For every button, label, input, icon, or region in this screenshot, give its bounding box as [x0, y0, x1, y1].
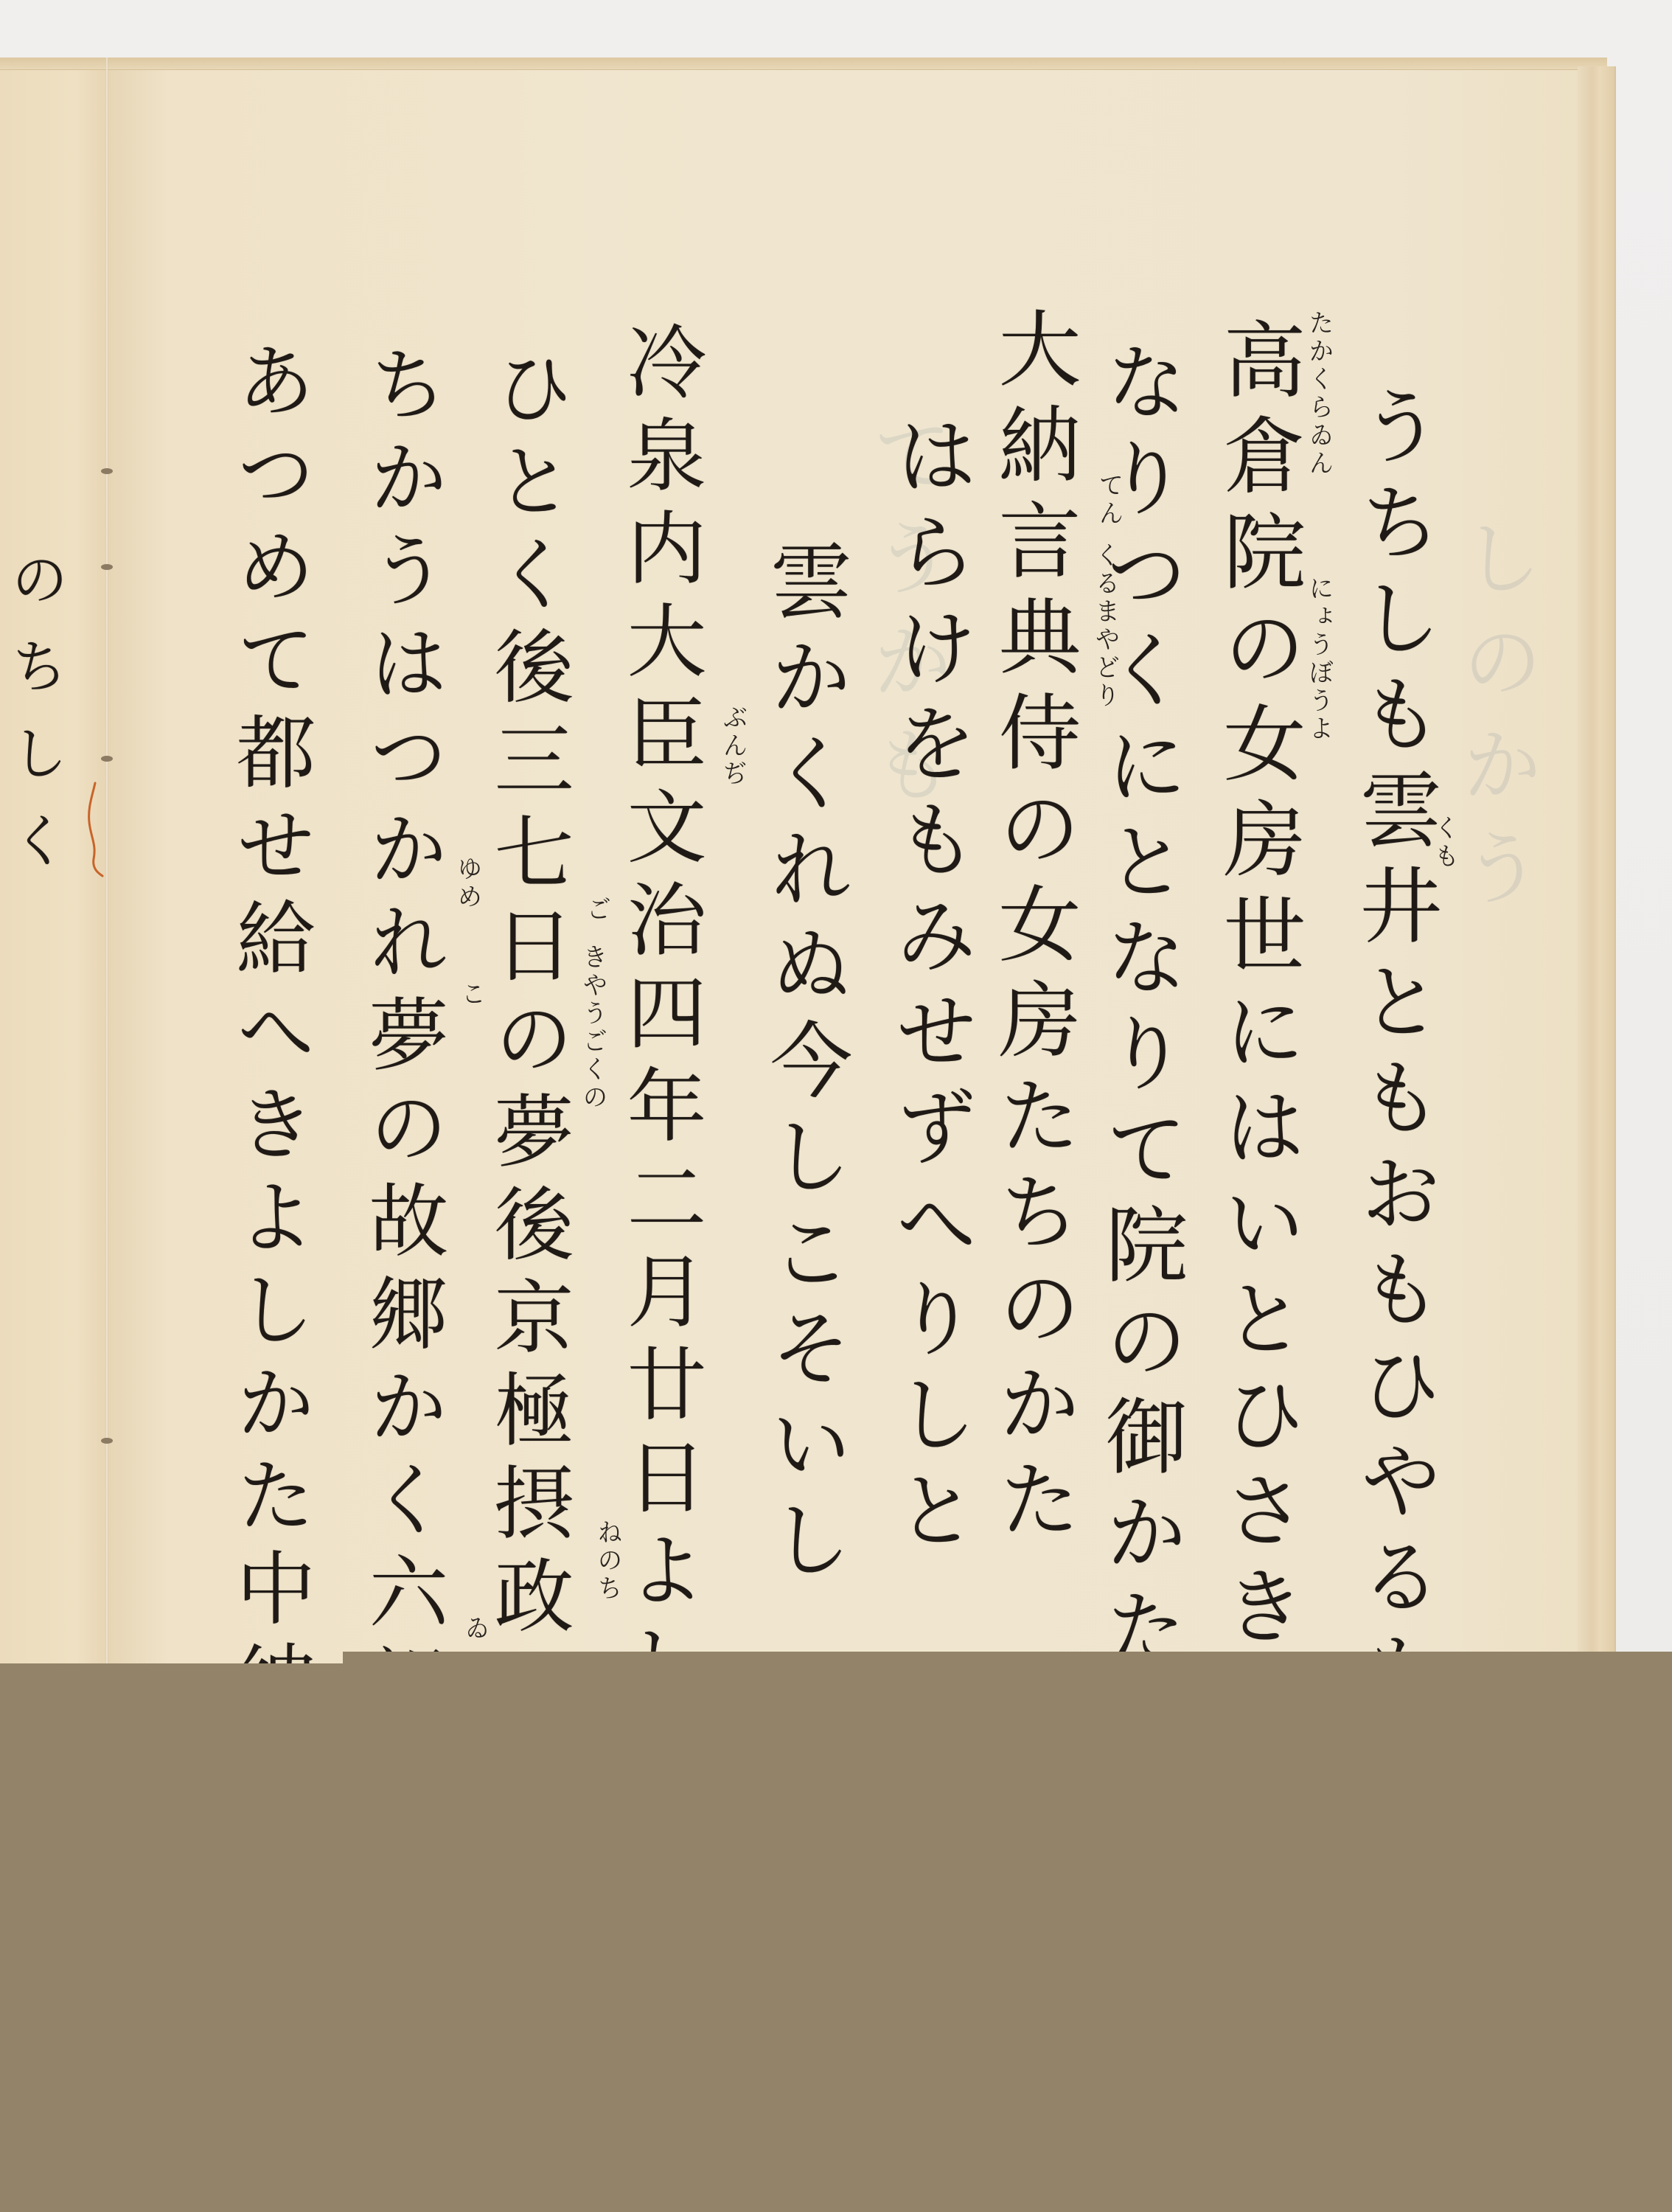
furigana: にょうぼうよ	[1301, 575, 1337, 743]
text-column-6: 雲かくれぬ今しこそいし	[763, 538, 846, 1593]
text-column-10: あつめて都せ給へきよしかた中納言	[229, 339, 308, 1826]
left-page-text-column: のちしく	[6, 549, 63, 897]
text-column-5: はらけをもみせずへりしと	[888, 413, 971, 1563]
binding-stitch-hole	[101, 564, 113, 570]
text-column-4: 大納言典侍の女房たちのかた	[992, 306, 1074, 1552]
furigana: ご	[579, 896, 615, 924]
furigana: きやうごくの	[575, 944, 611, 1112]
red-thread-mark	[85, 782, 107, 877]
furigana: こ	[453, 981, 490, 1009]
binding-stitch-hole	[101, 1438, 113, 1444]
bottom-overlay-block	[0, 1663, 346, 2212]
page-top-edge	[0, 58, 1607, 70]
binding-stitch-hole	[101, 756, 113, 762]
furigana: ねのち	[590, 1519, 626, 1603]
furigana: ゐ	[457, 1615, 493, 1643]
text-column-9: ちかうはつかれ夢の故郷かく六親	[361, 343, 441, 1736]
text-column-2: 高倉院の女房世にはいとひさきの	[1216, 317, 1299, 1755]
binding-stitch-hole	[101, 468, 113, 474]
furigana: くも	[1427, 815, 1463, 871]
bottom-overlay-block	[343, 1652, 1672, 2212]
furigana: てん	[1091, 472, 1127, 528]
furigana: ぶんぢ	[715, 704, 751, 788]
furigana: くるまやどり	[1087, 542, 1124, 710]
text-column-1: うちしも雲井ともおもひやるも	[1353, 383, 1435, 1725]
furigana: ゆめ	[450, 855, 486, 911]
furigana: たかくらゐん	[1301, 310, 1337, 478]
